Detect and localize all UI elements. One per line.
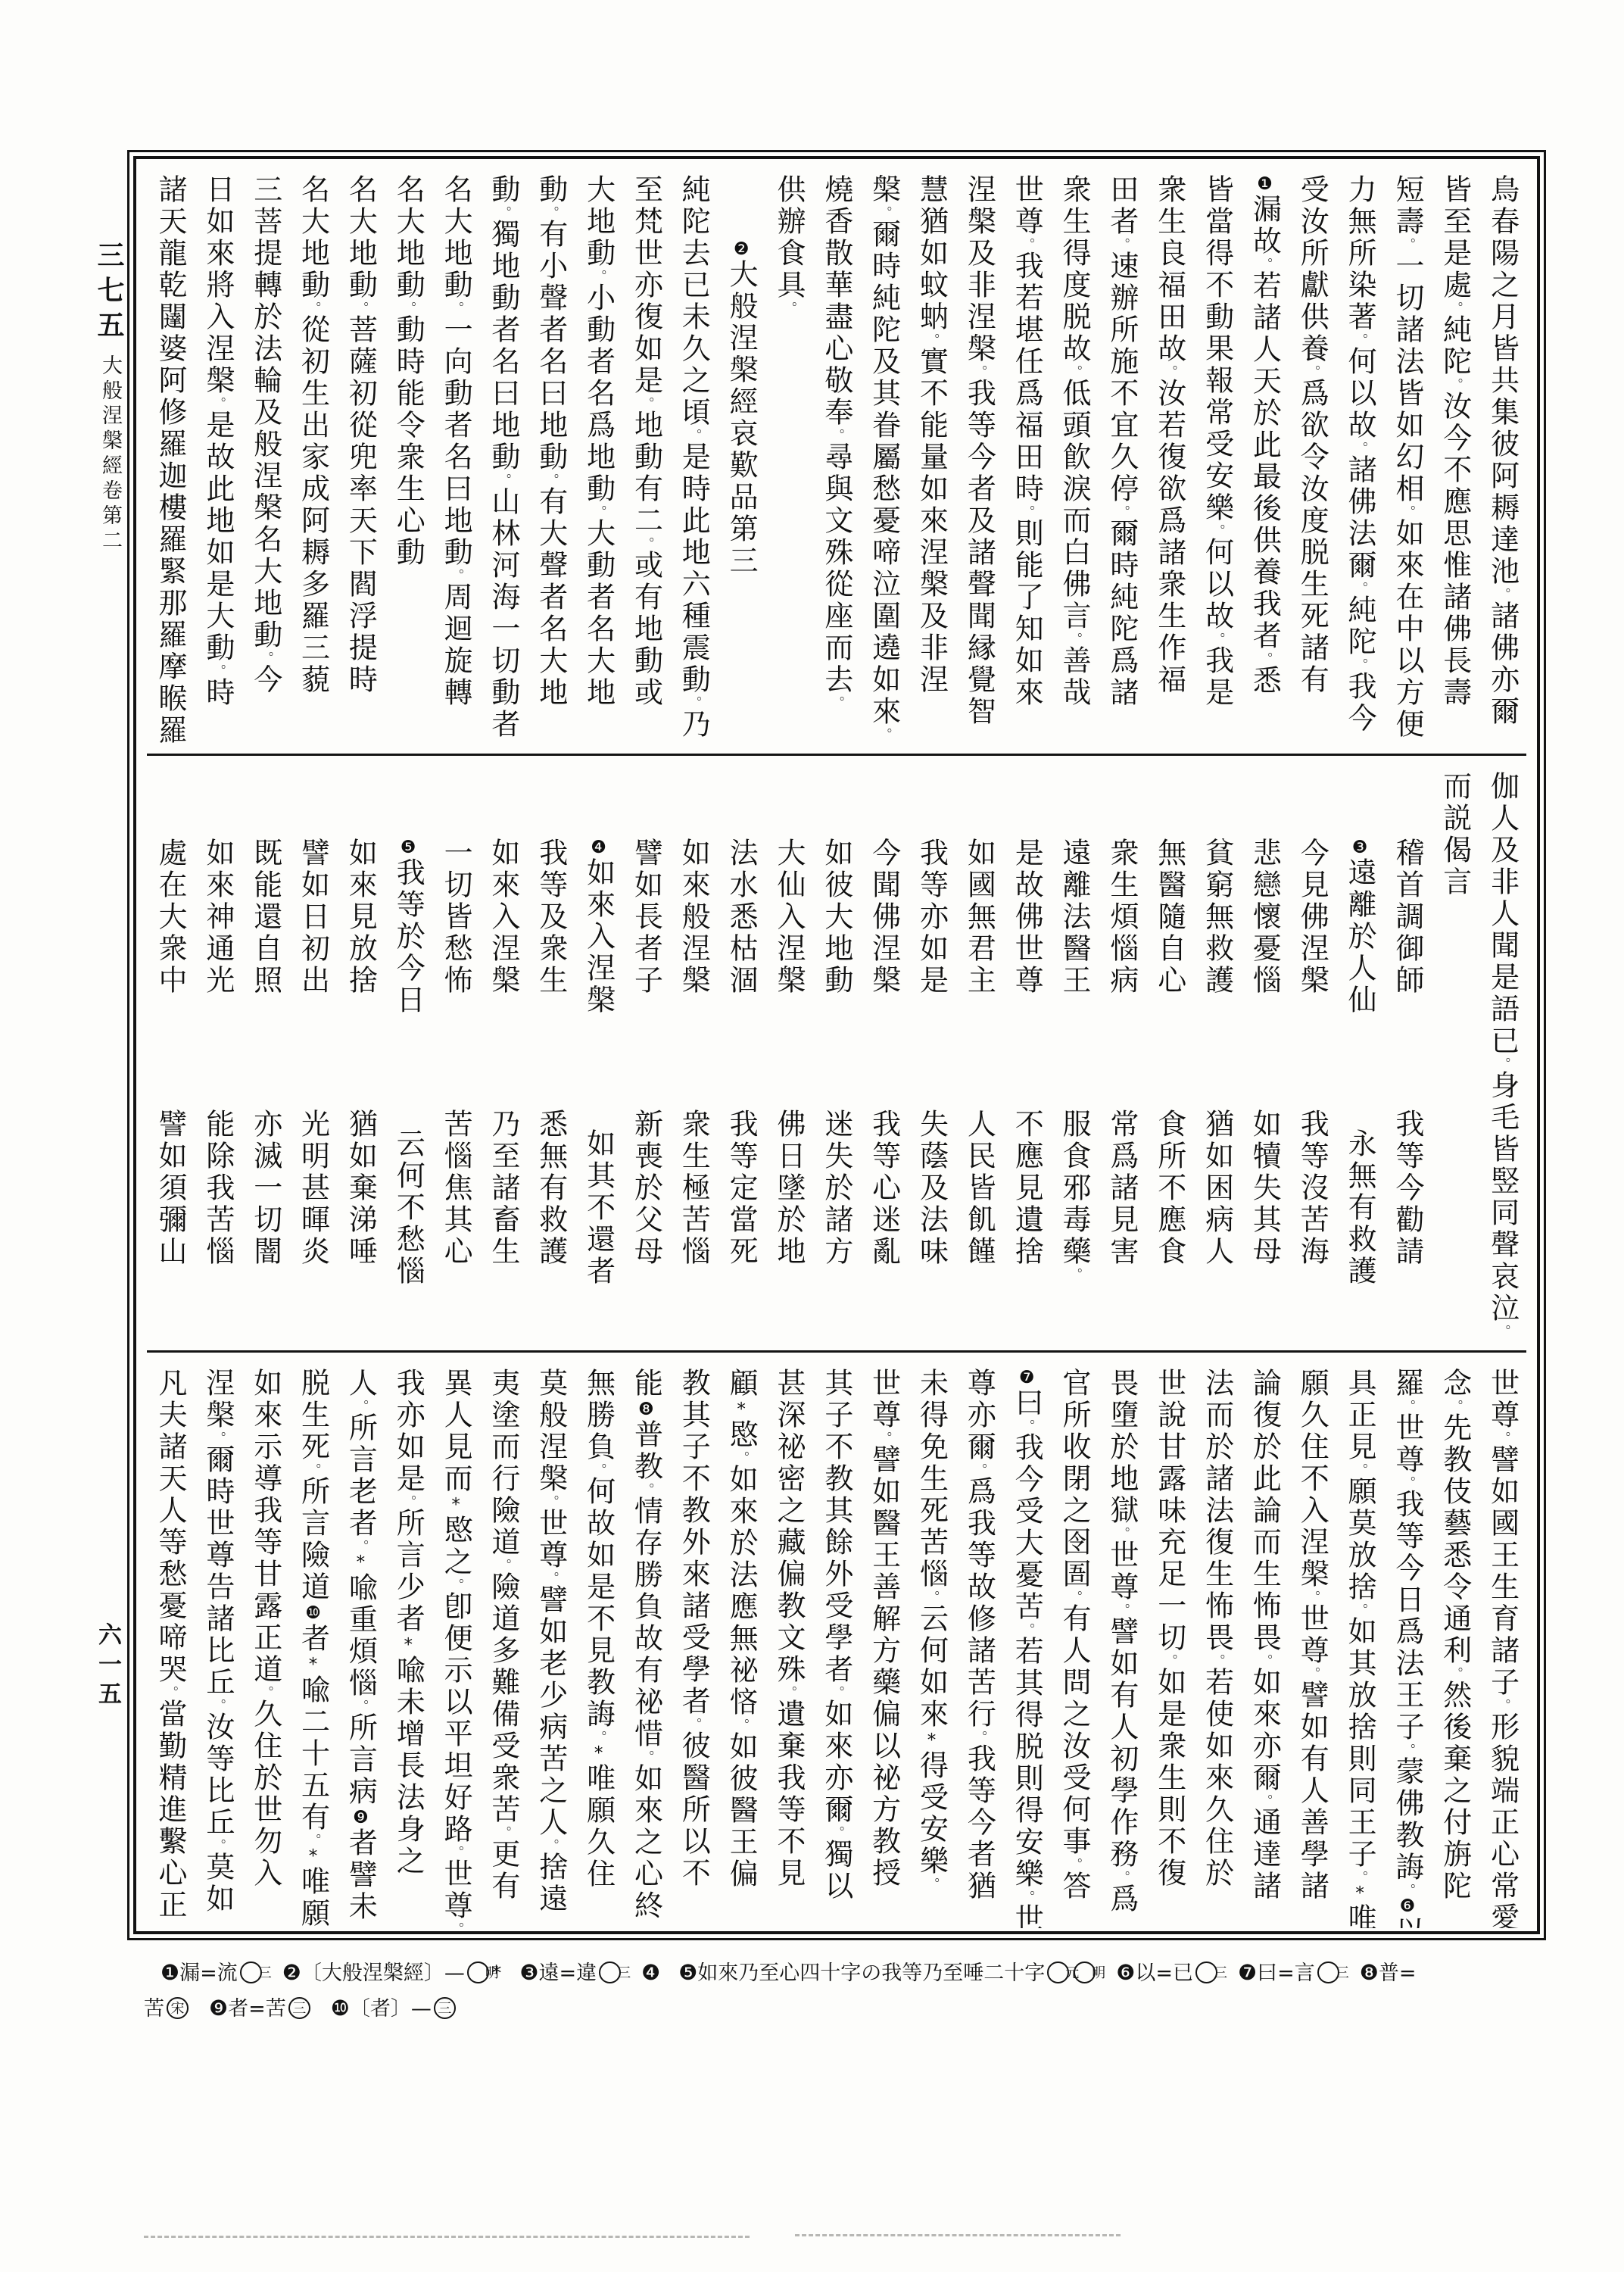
page-frame-inner: 鳥春陽之月皆共集彼阿耨達池。諸佛亦爾皆至是處。純陀。汝今不應思惟諸佛長壽短壽。一… bbox=[133, 156, 1540, 1934]
footnote-text: 者=苦 bbox=[228, 1997, 286, 2021]
text-column: 教其子不教外來諸受學者。彼醫所以不 bbox=[670, 1368, 717, 1928]
text-column: 受汝所獻供養。爲欲令汝度脱生死諸有 bbox=[1289, 174, 1336, 754]
footnote-marker: ❿ bbox=[331, 1996, 350, 2021]
verse-upper-phrase: 無醫隨自心 bbox=[1153, 838, 1186, 997]
footnote-marker: ❼ bbox=[1238, 1960, 1257, 1985]
verse-upper-phrase: 如來見放捨 bbox=[344, 838, 377, 997]
verse-upper-phrase: 今見佛涅槃 bbox=[1295, 838, 1329, 997]
footnote-apparatus: ❶漏=流三❷〔大般涅槃經〕—明*❸遠=違三❹❺如來乃至心四十字の我等乃至唾二十字… bbox=[144, 1955, 1545, 2027]
verse-upper-phrase: 稽首調御師 bbox=[1391, 838, 1424, 997]
text-column: 願久住不入涅槃。世尊。譬如有人善學諸 bbox=[1289, 1368, 1336, 1928]
margin-page-number: 三七五 bbox=[89, 241, 128, 345]
text-column: 日如來將入涅槃。是故此地如是大動。時 bbox=[195, 174, 242, 754]
text-column: 諸天龍乾闥婆阿修羅迦樓羅緊那羅摩睺羅 bbox=[147, 174, 194, 754]
verse-column: 我等及衆生悉無有救護 bbox=[528, 771, 575, 1350]
verse-upper-phrase: 如來般涅槃 bbox=[677, 838, 710, 997]
verse-lower-phrase: 新喪於父母 bbox=[629, 1109, 662, 1268]
footnote-marker: ❻ bbox=[1116, 1960, 1135, 1985]
verse-lower-phrase: 云何不愁惱 bbox=[391, 1128, 425, 1287]
register-middle: 伽人及非人聞是語已。身毛皆竪同聲哀泣。而説偈言稽首調御師我等今勸請❸遠離於人仙永… bbox=[147, 756, 1526, 1350]
verse-column: 如來神通光能除我苦惱 bbox=[195, 771, 242, 1350]
text-column: 人。所言老者。*喩重煩惱。所言病❾者譬未 bbox=[337, 1368, 384, 1928]
verse-lower-phrase: 我等今勸請 bbox=[1391, 1109, 1424, 1268]
text-column: 未得免生死苦惱。云何如來*得受安樂。 bbox=[909, 1368, 955, 1928]
verse-upper-phrase: 貧窮無救護 bbox=[1201, 838, 1234, 997]
verse-column: 如國無君主人民皆飢饉 bbox=[955, 771, 1002, 1350]
text-column: 皆至是處。純陀。汝今不應思惟諸佛長壽 bbox=[1432, 174, 1479, 754]
text-column: 尊亦爾。爲我等故修諸苦行。我等今者猶 bbox=[955, 1368, 1002, 1928]
text-column: 動。有小聲者名曰地動。有大聲者名大地 bbox=[528, 174, 575, 754]
text-column: 法而於諸法復生怖畏。若使如來久住於 bbox=[1194, 1368, 1241, 1928]
circled-edition-mark: 宋 bbox=[167, 1997, 189, 2019]
text-column: 異人見而*愍之。卽便示以平坦好路。世尊。 bbox=[432, 1368, 479, 1928]
text-column: 燒香散華盡心敬奉。尋與文殊從座而去。 bbox=[813, 174, 860, 754]
verse-column: 衆生煩惱病常爲諸見害 bbox=[1099, 771, 1146, 1350]
circled-edition-mark: 元 bbox=[1047, 1961, 1069, 1983]
verse-lower-phrase: 悉無有救護 bbox=[535, 1109, 568, 1268]
text-column: 莫般涅槃。世尊。譬如老少病苦之人。捨遠 bbox=[528, 1368, 575, 1928]
text-column: 我亦如是。所言少者*喩未增長法身之 bbox=[385, 1368, 432, 1928]
verse-lower-phrase: 佛日墜於地 bbox=[772, 1109, 806, 1268]
text-column: 其子不教其餘外受學者。如來亦爾。獨以 bbox=[813, 1368, 860, 1928]
verse-upper-phrase: 如彼大地動 bbox=[820, 838, 853, 997]
text-column: 論復於此論而生怖畏。如來亦爾。通達諸 bbox=[1241, 1368, 1288, 1928]
text-column: 而説偈言 bbox=[1432, 771, 1479, 1350]
footnote-marker: ❺ bbox=[678, 1960, 697, 1985]
verse-lower-phrase: 如犢失其母 bbox=[1248, 1109, 1281, 1268]
text-column: 涅槃及非涅槃。我等今者及諸聲聞縁覺智 bbox=[955, 174, 1002, 754]
verse-column: 既能還自照亦滅一切闇 bbox=[242, 771, 289, 1350]
text-column: ❼曰。我今受大憂苦。若其得脱則得安樂。世 bbox=[1003, 1368, 1050, 1928]
verse-upper-phrase: 遠離法醫王 bbox=[1058, 838, 1091, 997]
text-column: 官所收閉之囹圄。有人問之汝受何事。答 bbox=[1051, 1368, 1098, 1928]
verse-column: 我等亦如是失蔭及法味 bbox=[909, 771, 955, 1350]
text-column: 名大地動。動時能令衆生心動 bbox=[385, 174, 432, 754]
text-column: 槃。爾時純陀及其眷屬愁憂啼泣圍遶如來。 bbox=[861, 174, 908, 754]
verse-upper-phrase: 如來神通光 bbox=[201, 838, 235, 997]
text-column: 動。獨地動者名曰地動。山林河海一切動者 bbox=[480, 174, 527, 754]
verse-lower-phrase: 亦滅一切闇 bbox=[249, 1109, 282, 1268]
margin-folio-number: 六一五 bbox=[91, 1622, 125, 1711]
circled-edition-mark: 明 bbox=[467, 1961, 489, 1983]
footnote-marker: ❾ bbox=[209, 1996, 228, 2021]
verse-upper-phrase: 如國無君主 bbox=[962, 838, 996, 997]
verse-lower-phrase: 譬如須彌山 bbox=[154, 1109, 187, 1268]
footnote-text: 〔大般涅槃經〕— bbox=[301, 1961, 465, 1985]
verse-column: 處在大衆中譬如須彌山 bbox=[147, 771, 194, 1350]
verse-lower-phrase: 猶如棄涕唾 bbox=[344, 1109, 377, 1268]
text-column: 甚深祕密之藏偏教文殊。遺棄我等不見 bbox=[765, 1368, 812, 1928]
text-column: 念。先教伎藝悉令通利。然後棄之付旃陀 bbox=[1432, 1368, 1479, 1928]
text-column: 世尊。我若堪任爲福田時。則能了知如來 bbox=[1003, 174, 1050, 754]
text-column: 夷塗而行險道。險道多難備受衆苦。更有 bbox=[480, 1368, 527, 1928]
verse-upper-phrase: 既能還自照 bbox=[249, 838, 282, 997]
verse-upper-phrase: 大仙入涅槃 bbox=[772, 838, 806, 997]
footnote-text: 普= bbox=[1379, 1961, 1417, 1985]
text-column: 凡夫諸天人等愁憂啼哭。當勤精進繫心正 bbox=[147, 1368, 194, 1928]
verse-upper-phrase: 我等亦如是 bbox=[915, 838, 949, 997]
text-column: 無勝負。何故如是不見教誨。*唯願久住 bbox=[575, 1368, 622, 1928]
verse-column: ❺我等於今日云何不愁惱 bbox=[385, 771, 432, 1350]
text-column: 皆當得不動果報常受安樂。何以故。我是 bbox=[1194, 174, 1241, 754]
footnote-marker: ❷ bbox=[282, 1960, 301, 1985]
verse-upper-phrase: 是故佛世尊 bbox=[1010, 838, 1043, 997]
footnote-text: 曰=言 bbox=[1257, 1961, 1315, 1985]
margin-scroll-title: 大般涅槃經卷第二 bbox=[95, 354, 125, 554]
verse-column: 如來般涅槃衆生極苦惱 bbox=[670, 771, 717, 1350]
verse-column: 是故佛世尊不應見遺捨 bbox=[1003, 771, 1050, 1350]
verse-column: 如來入涅槃乃至諸畜生 bbox=[480, 771, 527, 1350]
text-column: 三菩提轉於法輪及般涅槃名大地動。今 bbox=[242, 174, 289, 754]
footnote-text: 漏=流 bbox=[179, 1961, 238, 1985]
text-column: 大地動。小動者名爲地動。大動者名大地 bbox=[575, 174, 622, 754]
text-column: 慧猶如蚊蚋。實不能量如來涅槃及非涅 bbox=[909, 174, 955, 754]
verse-column: 今見佛涅槃我等沒苦海 bbox=[1289, 771, 1336, 1350]
verse-lower-phrase: 猶如困病人 bbox=[1201, 1109, 1234, 1268]
verse-upper-phrase: 衆生煩惱病 bbox=[1105, 838, 1139, 997]
verse-lower-phrase: 常爲諸見害 bbox=[1105, 1109, 1139, 1268]
verse-column: 貧窮無救護猶如困病人 bbox=[1194, 771, 1241, 1350]
verse-column: 法水悉枯涸我等定當死 bbox=[718, 771, 765, 1350]
verse-column: 一切皆愁怖苦惱焦其心 bbox=[432, 771, 479, 1350]
text-column: ❷大般涅槃經哀歎品第三 bbox=[718, 174, 765, 754]
verse-lower-phrase: 我等心迷亂 bbox=[868, 1109, 901, 1268]
text-column: 脱生死。所言險道❿者*喩二十五有。*唯願 bbox=[290, 1368, 337, 1928]
footnote-text: 苦 bbox=[144, 1997, 164, 2021]
verse-lower-phrase: 我等沒苦海 bbox=[1295, 1109, 1329, 1268]
text-column: 顧*愍。如來於法應無祕悋。如彼醫王偏 bbox=[718, 1368, 765, 1928]
text-column: 伽人及非人聞是語已。身毛皆竪同聲哀泣。 bbox=[1479, 771, 1526, 1350]
circled-edition-mark: 三 bbox=[434, 1997, 456, 2019]
circled-edition-mark: 明 bbox=[1074, 1961, 1096, 1983]
verse-lower-phrase: 失蔭及法味 bbox=[915, 1109, 949, 1268]
verse-upper-phrase: 譬如日初出 bbox=[297, 838, 330, 997]
verse-upper-phrase: 我等及衆生 bbox=[535, 838, 568, 997]
verse-lower-phrase: 乃至諸畜生 bbox=[487, 1109, 520, 1268]
scan-artifact-dashes bbox=[144, 2236, 750, 2238]
verse-lower-phrase: 如其不還者 bbox=[582, 1128, 616, 1287]
footnote-text: 以=已 bbox=[1135, 1961, 1193, 1985]
text-column: 供辦食具。 bbox=[765, 174, 812, 754]
text-column: 田者。速辦所施不宜久停。爾時純陀爲諸 bbox=[1099, 174, 1146, 754]
verse-lower-phrase: 人民皆飢饉 bbox=[962, 1109, 996, 1268]
footnote-marker: ❹ bbox=[641, 1960, 660, 1985]
footnote-marker: ❽ bbox=[1360, 1960, 1379, 1985]
text-column: 衆生良福田故。汝若復欲爲諸衆生作福 bbox=[1146, 174, 1193, 754]
text-column: 名大地動。一向動者名曰地動。周迴旋轉 bbox=[432, 174, 479, 754]
verse-lower-phrase: 能除我苦惱 bbox=[201, 1109, 235, 1268]
footnote-marker: ❶ bbox=[161, 1960, 179, 1985]
text-column: 具正見。願莫放捨。如其放捨則同王子。*唯 bbox=[1336, 1368, 1383, 1928]
text-column: ❶漏故。若諸人天於此最後供養我者。悉 bbox=[1241, 174, 1288, 754]
verse-column: 大仙入涅槃佛日墜於地 bbox=[765, 771, 812, 1350]
verse-lower-phrase: 衆生極苦惱 bbox=[677, 1109, 710, 1268]
text-column: 名大地動。菩薩初從兜率天下閻浮提時 bbox=[337, 174, 384, 754]
text-column: 羅。世尊。我等今日爲法王子。蒙佛教誨。❻以 bbox=[1384, 1368, 1431, 1928]
verse-lower-phrase: 服食邪毒藥。 bbox=[1058, 1109, 1091, 1281]
circled-edition-mark: 三 bbox=[1195, 1961, 1217, 1983]
text-column: 名大地動。從初生出家成阿耨多羅三藐 bbox=[290, 174, 337, 754]
verse-column: ❸遠離於人仙永無有救護 bbox=[1336, 771, 1383, 1350]
verse-upper-phrase: 如來入涅槃 bbox=[487, 838, 520, 997]
text-column: 短壽。一切諸法皆如幻相。如來在中以方便 bbox=[1384, 174, 1431, 754]
footnote-line-1: ❶漏=流三❷〔大般涅槃經〕—明*❸遠=違三❹❺如來乃至心四十字の我等乃至唾二十字… bbox=[144, 1955, 1545, 1991]
verse-column: 譬如長者子新喪於父母 bbox=[622, 771, 669, 1350]
verse-upper-phrase: 法水悉枯涸 bbox=[725, 838, 758, 997]
verse-column: 譬如日初出光明甚暉炎 bbox=[290, 771, 337, 1350]
verse-column: 今聞佛涅槃我等心迷亂 bbox=[861, 771, 908, 1350]
verse-upper-phrase: ❸遠離於人仙 bbox=[1343, 838, 1376, 1016]
footnote-line-2: 苦宋❾者=苦三❿〔者〕—三 bbox=[144, 1991, 1545, 2027]
verse-upper-phrase: 悲戀懷憂惱 bbox=[1248, 838, 1281, 997]
verse-column: 稽首調御師我等今勸請 bbox=[1384, 771, 1431, 1350]
register-top: 鳥春陽之月皆共集彼阿耨達池。諸佛亦爾皆至是處。純陀。汝今不應思惟諸佛長壽短壽。一… bbox=[147, 159, 1526, 754]
circled-edition-mark: 三 bbox=[288, 1997, 310, 2019]
verse-upper-phrase: 譬如長者子 bbox=[629, 838, 662, 997]
verse-column: 如來見放捨猶如棄涕唾 bbox=[337, 771, 384, 1350]
verse-upper-phrase: 處在大衆中 bbox=[154, 838, 187, 997]
circled-edition-mark: 三 bbox=[599, 1961, 621, 1983]
verse-lower-phrase: 迷失於諸方 bbox=[820, 1109, 853, 1268]
text-column: 世尊。譬如醫王善解方藥偏以祕方教授 bbox=[861, 1368, 908, 1928]
text-column: 涅槃。爾時世尊告諸比丘。汝等比丘。莫如 bbox=[195, 1368, 242, 1928]
verse-lower-phrase: 苦惱焦其心 bbox=[439, 1109, 472, 1268]
circled-edition-mark: 三 bbox=[240, 1961, 262, 1983]
verse-lower-phrase: 光明甚暉炎 bbox=[297, 1109, 330, 1268]
verse-column: 如彼大地動迷失於諸方 bbox=[813, 771, 860, 1350]
verse-upper-phrase: 一切皆愁怖 bbox=[439, 838, 472, 997]
text-column: 能❽普教。情存勝負故有祕惜。如來之心終 bbox=[622, 1368, 669, 1928]
text-column: 世說甘露味充足一切。如是衆生則不復 bbox=[1146, 1368, 1193, 1928]
scanned-sutra-page: 三七五 大般涅槃經卷第二 六一五 鳥春陽之月皆共集彼阿耨達池。諸佛亦爾皆至是處。… bbox=[0, 0, 1624, 2272]
verse-lower-phrase: 不應見遺捨 bbox=[1010, 1109, 1043, 1268]
text-column: 力無所染著。何以故。諸佛法爾。純陀。我今 bbox=[1336, 174, 1383, 754]
text-column: 世尊。譬如國王生育諸子。形貌端正心常愛 bbox=[1479, 1368, 1526, 1928]
verse-lower-phrase: 永無有救護 bbox=[1343, 1128, 1376, 1287]
verse-lower-phrase: 我等定當死 bbox=[725, 1109, 758, 1268]
text-column: 畏墮於地獄。世尊。譬如有人初學作務。爲 bbox=[1099, 1368, 1146, 1928]
verse-column: 悲戀懷憂惱如犢失其母 bbox=[1241, 771, 1288, 1350]
text-column: 至梵世亦復如是。地動有二。或有地動或 bbox=[622, 174, 669, 754]
text-column: 鳥春陽之月皆共集彼阿耨達池。諸佛亦爾 bbox=[1479, 174, 1526, 754]
circled-edition-mark: 三 bbox=[1317, 1961, 1339, 1983]
text-column: 如來示導我等甘露正道。久住於世勿入 bbox=[242, 1368, 289, 1928]
scan-artifact-dashes bbox=[795, 2234, 1121, 2236]
text-column: 純陀去已未久之頃。是時此地六種震動。乃 bbox=[670, 174, 717, 754]
verse-column: ❹如來入涅槃如其不還者 bbox=[575, 771, 622, 1350]
page-frame: 鳥春陽之月皆共集彼阿耨達池。諸佛亦爾皆至是處。純陀。汝今不應思惟諸佛長壽短壽。一… bbox=[127, 150, 1546, 1940]
verse-lower-phrase: 食所不應食 bbox=[1153, 1109, 1186, 1268]
footnote-text: 如來乃至心四十字の我等乃至唾二十字 bbox=[697, 1961, 1045, 1985]
text-column: 衆生得度脱故。低頭飮淚而白佛言。善哉 bbox=[1051, 174, 1098, 754]
footnote-text: 〔者〕— bbox=[350, 1997, 432, 2021]
footnote-text: 遠=違 bbox=[538, 1961, 597, 1985]
verse-upper-phrase: 今聞佛涅槃 bbox=[868, 838, 901, 997]
footnote-text: * bbox=[491, 1961, 502, 1985]
verse-upper-phrase: ❹如來入涅槃 bbox=[582, 838, 616, 1016]
register-bottom: 世尊。譬如國王生育諸子。形貌端正心常愛念。先教伎藝悉令通利。然後棄之付旃陀羅。世… bbox=[147, 1353, 1526, 1928]
footnote-marker: ❸ bbox=[519, 1960, 538, 1985]
verse-column: 遠離法醫王服食邪毒藥。 bbox=[1051, 771, 1098, 1350]
verse-upper-phrase: ❺我等於今日 bbox=[391, 838, 425, 1016]
verse-column: 無醫隨自心食所不應食 bbox=[1146, 771, 1193, 1350]
